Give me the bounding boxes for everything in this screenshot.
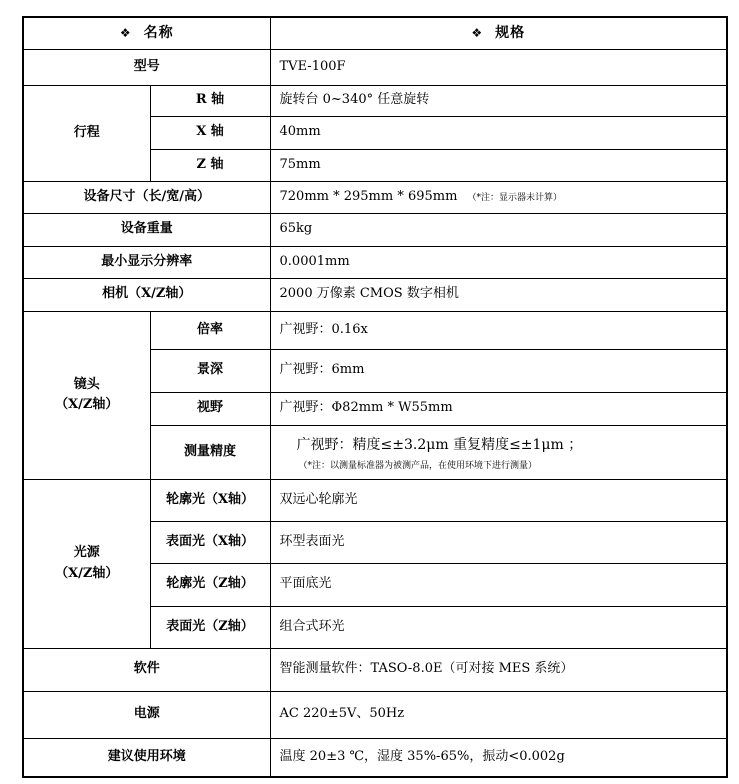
- table-row: 行程 R 轴 旋转台 0~340° 任意旋转: [23, 85, 727, 116]
- resolution-label: 最小显示分辨率: [23, 246, 270, 278]
- light-contour-x-value: 双远心轮廓光: [270, 479, 727, 521]
- table-row: 设备尺寸（长/宽/高） 720mm * 295mm * 695mm（*注：显示器…: [23, 181, 727, 213]
- light-label-line2: （X/Z轴）: [24, 564, 150, 584]
- lens-label-line1: 镜头: [24, 375, 150, 395]
- lens-magnification-label: 倍率: [150, 311, 270, 349]
- light-surface-x-label: 表面光（X轴）: [150, 521, 270, 563]
- table-row: 镜头 （X/Z轴） 倍率 广视野：0.16x: [23, 311, 727, 349]
- camera-label: 相机（X/Z轴）: [23, 278, 270, 311]
- spec-table: ❖名称 ❖规格 型号 TVE-100F 行程 R 轴 旋转台 0~340° 任意…: [22, 16, 728, 778]
- travel-label: 行程: [23, 85, 150, 181]
- table-row: 软件 智能测量软件：TASO-8.0E（可对接 MES 系统）: [23, 648, 727, 691]
- travel-x-axis-label: X 轴: [150, 116, 270, 149]
- light-label: 光源 （X/Z轴）: [23, 479, 150, 648]
- diamond-icon: ❖: [120, 26, 132, 40]
- weight-value: 65kg: [270, 213, 727, 246]
- lens-label-line2: （X/Z轴）: [24, 395, 150, 415]
- light-contour-x-label: 轮廓光（X轴）: [150, 479, 270, 521]
- header-spec-cell: ❖规格: [270, 17, 727, 49]
- software-label: 软件: [23, 648, 270, 691]
- lens-label: 镜头 （X/Z轴）: [23, 311, 150, 479]
- table-row: 设备重量 65kg: [23, 213, 727, 246]
- lens-accuracy-note: （*注：以测量标准器为被测产品，在使用环境下进行测量）: [271, 458, 727, 471]
- lens-accuracy-label: 测量精度: [150, 425, 270, 479]
- dimensions-note: （*注：显示器未计算）: [467, 193, 562, 203]
- model-label: 型号: [23, 49, 270, 85]
- lens-accuracy-value: 广视野：精度≤±3.2μm 重复精度≤±1μm ；: [271, 434, 727, 454]
- table-row: 电源 AC 220±5V、50Hz: [23, 691, 727, 738]
- table-row: 型号 TVE-100F: [23, 49, 727, 85]
- travel-r-axis-label: R 轴: [150, 85, 270, 116]
- power-label: 电源: [23, 691, 270, 738]
- lens-fov-value: 广视野：Φ82mm * W55mm: [270, 392, 727, 425]
- dimensions-label: 设备尺寸（长/宽/高）: [23, 181, 270, 213]
- power-value: AC 220±5V、50Hz: [270, 691, 727, 738]
- table-row: 相机（X/Z轴） 2000 万像素 CMOS 数字相机: [23, 278, 727, 311]
- lens-accuracy-value-cell: 广视野：精度≤±3.2μm 重复精度≤±1μm ； （*注：以测量标准器为被测产…: [270, 425, 727, 479]
- lens-depth-label: 景深: [150, 349, 270, 392]
- diamond-icon: ❖: [471, 26, 483, 40]
- dimensions-value-cell: 720mm * 295mm * 695mm（*注：显示器未计算）: [270, 181, 727, 213]
- resolution-value: 0.0001mm: [270, 246, 727, 278]
- weight-label: 设备重量: [23, 213, 270, 246]
- header-name-cell: ❖名称: [23, 17, 270, 49]
- header-spec-label: 规格: [495, 25, 525, 41]
- light-contour-z-label: 轮廓光（Z轴）: [150, 563, 270, 606]
- camera-value: 2000 万像素 CMOS 数字相机: [270, 278, 727, 311]
- environment-value: 温度 20±3 ℃，湿度 35%-65%，振动<0.002g: [270, 738, 727, 777]
- light-surface-x-value: 环型表面光: [270, 521, 727, 563]
- table-row: 光源 （X/Z轴） 轮廓光（X轴） 双远心轮廓光: [23, 479, 727, 521]
- table-row: ❖名称 ❖规格: [23, 17, 727, 49]
- model-value: TVE-100F: [270, 49, 727, 85]
- light-label-line1: 光源: [24, 543, 150, 563]
- lens-fov-label: 视野: [150, 392, 270, 425]
- software-value: 智能测量软件：TASO-8.0E（可对接 MES 系统）: [270, 648, 727, 691]
- environment-label: 建议使用环境: [23, 738, 270, 777]
- lens-depth-value: 广视野：6mm: [270, 349, 727, 392]
- table-row: 最小显示分辨率 0.0001mm: [23, 246, 727, 278]
- light-surface-z-value: 组合式环光: [270, 606, 727, 648]
- travel-z-axis-value: 75mm: [270, 149, 727, 181]
- travel-x-axis-value: 40mm: [270, 116, 727, 149]
- light-surface-z-label: 表面光（Z轴）: [150, 606, 270, 648]
- light-contour-z-value: 平面底光: [270, 563, 727, 606]
- travel-z-axis-label: Z 轴: [150, 149, 270, 181]
- lens-magnification-value: 广视野：0.16x: [270, 311, 727, 349]
- dimensions-value: 720mm * 295mm * 695mm: [280, 189, 458, 204]
- header-name-label: 名称: [144, 25, 174, 41]
- table-row: 建议使用环境 温度 20±3 ℃，湿度 35%-65%，振动<0.002g: [23, 738, 727, 777]
- travel-r-axis-value: 旋转台 0~340° 任意旋转: [270, 85, 727, 116]
